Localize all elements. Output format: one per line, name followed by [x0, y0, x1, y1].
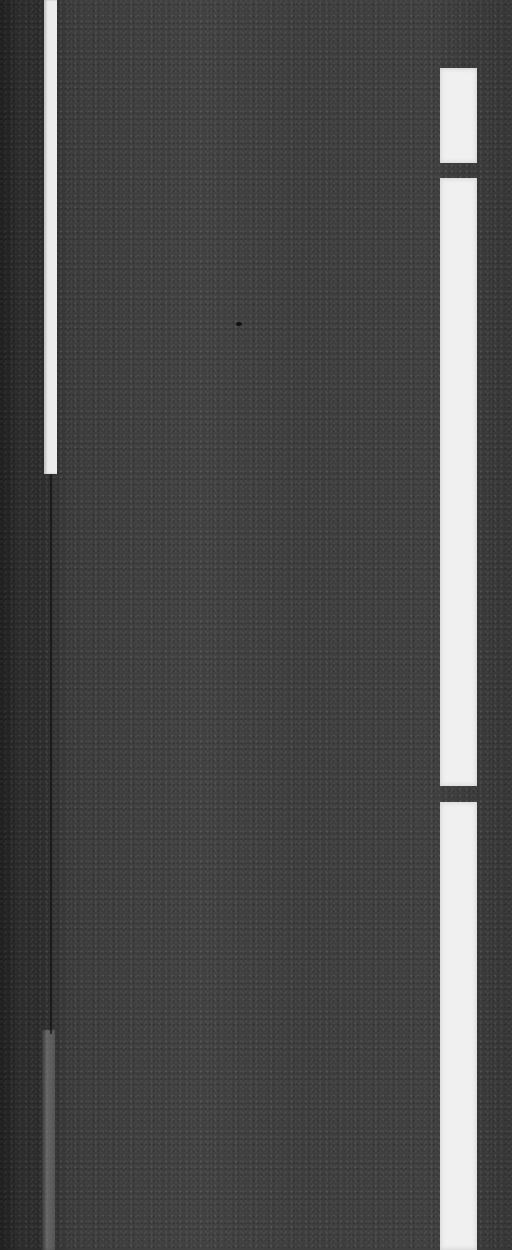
road-shoulder [0, 0, 40, 1250]
lane-dash-2 [440, 178, 477, 786]
lane-dash-3 [440, 802, 477, 1250]
pavement-crack [50, 474, 52, 1034]
left-edge-line-worn [42, 1030, 55, 1250]
road-surface [0, 0, 512, 1250]
lane-dash-1 [440, 68, 477, 163]
left-edge-line [44, 0, 57, 474]
surface-defect [236, 322, 242, 326]
